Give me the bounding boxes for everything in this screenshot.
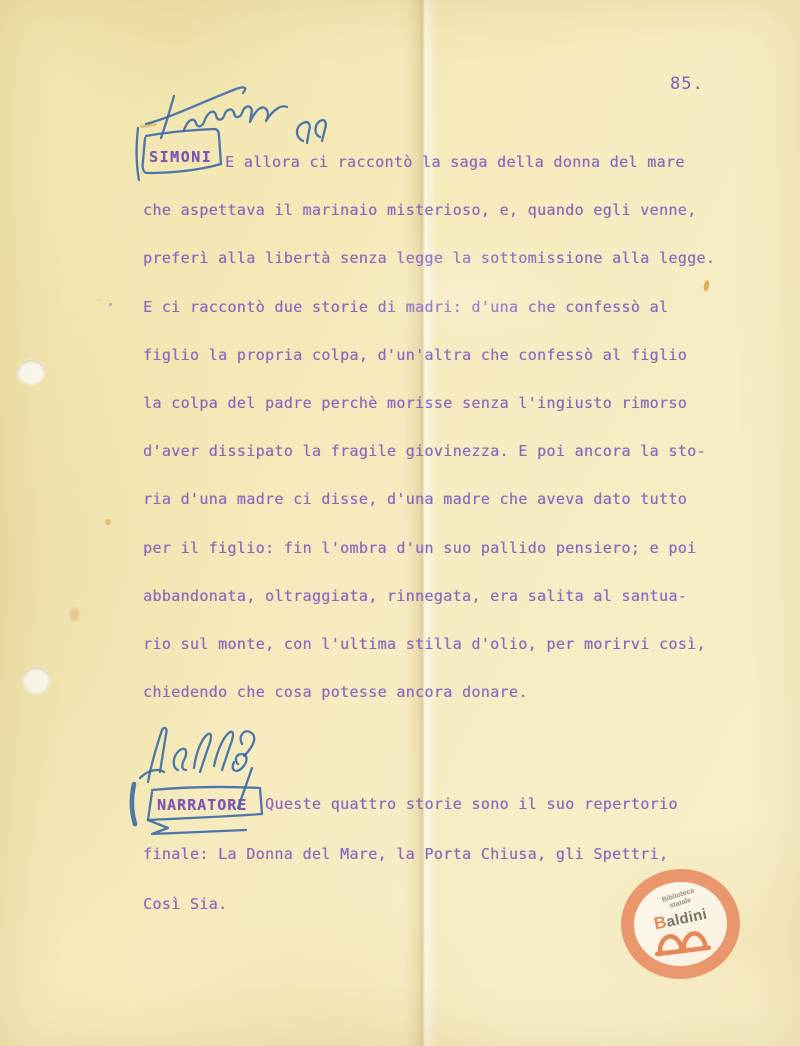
document-page: 85. SIMONI NARRATORE E allora ci raccont…: [0, 0, 800, 1046]
typescript-line: finale: La Donna del Mare, la Porta Chiu…: [143, 845, 668, 863]
ink-speck: [98, 299, 100, 301]
speaker-label-narratore: NARRATORE: [157, 796, 247, 814]
typescript-line: preferì alla libertà senza legge la sott…: [143, 249, 715, 267]
typescript-line: figlio la propria colpa, d'un'altra che …: [143, 346, 687, 364]
typescript-line: Così Sia.: [143, 895, 227, 913]
typescript-line: E allora ci raccontò la saga della donna…: [225, 153, 685, 171]
punch-hole: [17, 360, 45, 385]
handwritten-note: [290, 110, 334, 152]
speaker-label-simoni: SIMONI: [149, 148, 212, 166]
ink-speck: [703, 280, 710, 292]
typescript-line: abbandonata, oltraggiata, rinnegata, era…: [143, 587, 687, 605]
page-number: 85.: [670, 74, 704, 94]
typescript-line: E ci raccontò due storie di madri: d'una…: [143, 298, 668, 316]
typescript-line: che aspettava il marinaio misterioso, e,…: [143, 201, 696, 219]
handwritten-signature-top: [138, 74, 328, 146]
ink-speck: [70, 608, 79, 621]
typescript-line: chiedendo che cosa potesse ancora donare…: [143, 683, 528, 701]
typescript-line: rio sul monte, con l'ultima stilla d'oli…: [143, 635, 706, 653]
ink-speck: [105, 519, 111, 525]
typescript-line: per il figlio: fin l'ombra d'un suo pall…: [143, 539, 696, 557]
ink-speck: [140, 123, 157, 128]
typescript-line: d'aver dissipato la fragile giovinezza. …: [143, 442, 706, 460]
typescript-line: la colpa del padre perchè morisse senza …: [143, 394, 687, 412]
typescript-line: ria d'una madre ci disse, d'una madre ch…: [143, 490, 687, 508]
library-stamp: Biblioteca statale Baldini: [618, 866, 743, 982]
typescript-line: Queste quattro storie sono il suo repert…: [265, 795, 678, 813]
ink-speck: [109, 303, 112, 306]
punch-hole: [22, 667, 50, 694]
